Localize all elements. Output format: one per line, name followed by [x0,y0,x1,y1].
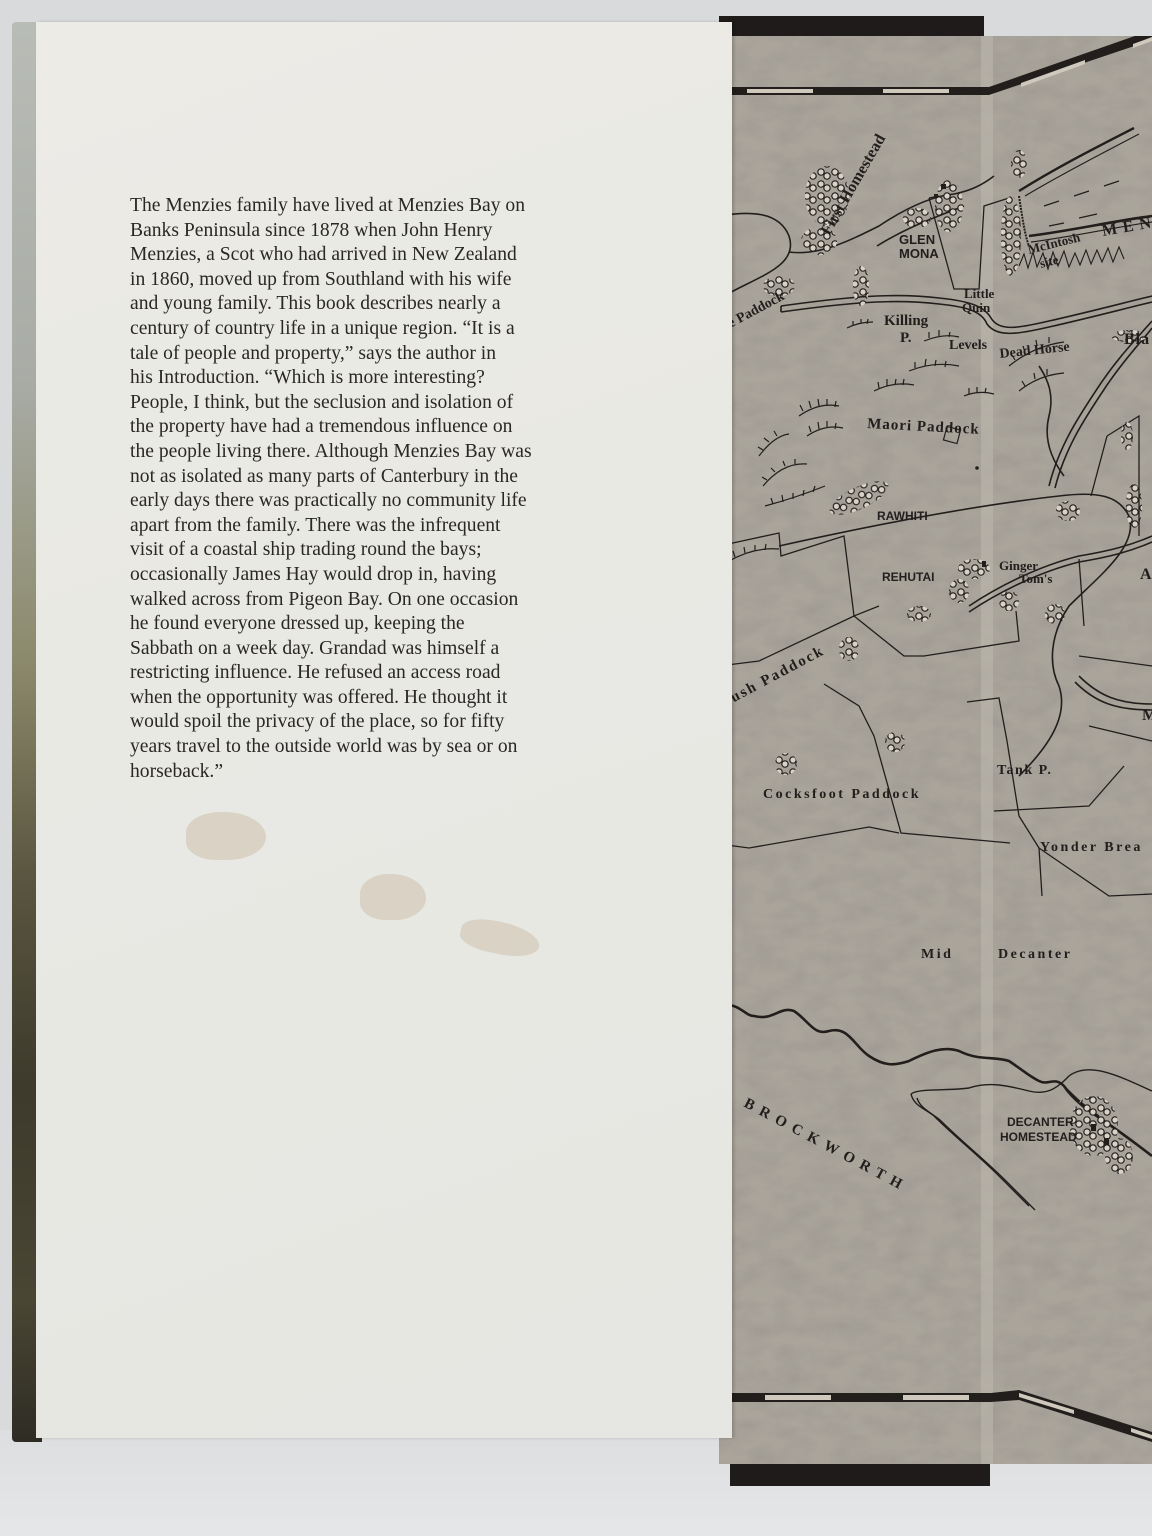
map-illustration: First Homestead GLEN MONA McIntosh site … [719,36,1152,1464]
label-decanter-homestead-1: DECANTER [1007,1115,1074,1129]
water-stain [360,874,426,920]
label-toms: Tom's [1019,571,1052,586]
blurb-line: Sabbath on a week day. Grandad was himse… [130,637,620,662]
label-cocksfoot-paddock: Cocksfoot Paddock [763,787,921,802]
label-yonder-brea: Yonder Brea [1040,840,1143,855]
blurb-line: not as isolated as many parts of Canterb… [130,465,620,490]
blurb-line: century of country life in a unique regi… [130,317,620,342]
label-mid: Mid [921,947,953,962]
blurb-line: years travel to the outside world was by… [130,735,620,760]
blurb-line: early days there was practically no comm… [130,489,620,514]
label-rehutai: REHUTAI [882,570,934,584]
dust-jacket-flap: The Menzies family have lived at Menzies… [36,22,732,1438]
label-quin: Quin [962,300,991,315]
label-decanter-homestead-2: HOMESTEAD [1000,1130,1077,1144]
blurb-line: horseback.” [130,760,620,785]
label-a-partial: A [1140,566,1152,583]
blurb-line: Menzies, a Scot who had arrived in New Z… [130,243,620,268]
label-rawhiti: RAWHITI [877,509,928,523]
blurb-line: and young family. This book describes ne… [130,292,620,317]
label-mona: MONA [899,246,939,261]
blurb-line: he found everyone dressed up, keeping th… [130,612,620,637]
blurb-line: visit of a coastal ship trading round th… [130,538,620,563]
blurb-line: People, I think, but the seclusion and i… [130,391,620,416]
blurb-line: occasionally James Hay would drop in, ha… [130,563,620,588]
blurb-line: when the opportunity was offered. He tho… [130,686,620,711]
water-stain [458,914,543,962]
flap-blurb-text: The Menzies family have lived at Menzies… [130,194,620,784]
label-m-partial: M [1142,707,1152,724]
blurb-line: would spoil the privacy of the place, so… [130,710,620,735]
map-endpaper: First Homestead GLEN MONA McIntosh site … [719,36,1152,1464]
blurb-line: Banks Peninsula since 1878 when John Hen… [130,219,620,244]
label-little: Little [964,286,995,301]
book-board-bottom [730,1462,990,1486]
blurb-line: apart from the family. There was the inf… [130,514,620,539]
blurb-line: in 1860, moved up from Southland with hi… [130,268,620,293]
label-tank-p: Tank P. [997,763,1052,778]
label-killing-p: P. [900,330,912,346]
blurb-line: the people living there. Although Menzie… [130,440,620,465]
label-glen: GLEN [899,232,935,247]
blurb-line: his Introduction. “Which is more interes… [130,366,620,391]
blurb-line: the property have had a tremendous influ… [130,415,620,440]
blurb-line: tale of people and property,” says the a… [130,342,620,367]
book-board-top [719,16,984,38]
label-decanter: Decanter [998,947,1072,962]
label-bla: Bla [1124,331,1150,348]
label-levels: Levels [949,338,988,353]
water-stain [186,812,266,860]
blurb-line: walked across from Pigeon Bay. On one oc… [130,588,620,613]
blurb-line: restricting influence. He refused an acc… [130,661,620,686]
blurb-line: The Menzies family have lived at Menzies… [130,194,620,219]
label-killing: Killing [884,313,929,329]
